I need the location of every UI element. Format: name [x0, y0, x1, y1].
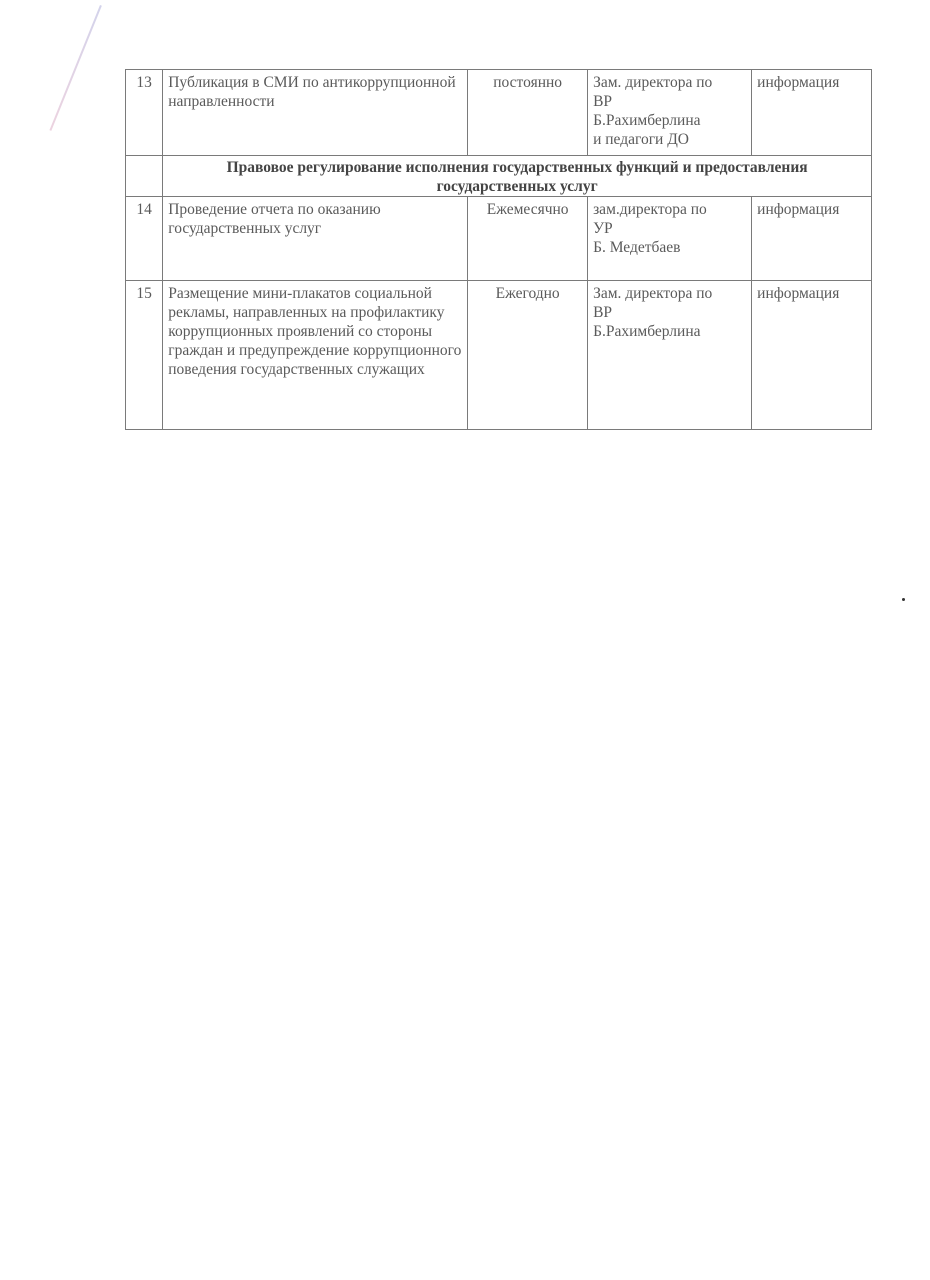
table-row: 14 Проведение отчета по оказанию государ…	[126, 197, 872, 281]
responsible-cell: Зам. директора по ВР Б.Рахимберлина и пе…	[588, 70, 752, 156]
responsible-line: зам.директора по	[593, 200, 746, 219]
responsible-line: ВР	[593, 92, 746, 111]
responsible-line: Зам. директора по	[593, 284, 746, 303]
term-cell: Ежегодно	[468, 281, 588, 430]
responsible-line: Б.Рахимберлина	[593, 322, 746, 341]
responsible-line: Зам. директора по	[593, 73, 746, 92]
row-number	[126, 156, 163, 197]
row-number: 14	[126, 197, 163, 281]
row-number: 13	[126, 70, 163, 156]
report-form-cell: информация	[752, 70, 872, 156]
table-row: 15 Размещение мини-плакатов социальной р…	[126, 281, 872, 430]
table-row: 13 Публикация в СМИ по антикоррупционной…	[126, 70, 872, 156]
report-form-cell: информация	[752, 281, 872, 430]
responsible-line: Б. Медетбаев	[593, 238, 746, 257]
section-title: Правовое регулирование исполнения госуда…	[163, 156, 872, 197]
responsible-line: ВР	[593, 303, 746, 322]
anticorruption-plan-table: 13 Публикация в СМИ по антикоррупционной…	[125, 69, 872, 430]
scan-artifact-line	[49, 5, 101, 131]
row-number: 15	[126, 281, 163, 430]
responsible-cell: Зам. директора по ВР Б.Рахимберлина	[588, 281, 752, 430]
responsible-line: УР	[593, 219, 746, 238]
scan-artifact-dot	[902, 598, 905, 601]
term-cell: Ежемесячно	[468, 197, 588, 281]
term-cell: постоянно	[468, 70, 588, 156]
section-header-row: Правовое регулирование исполнения госуда…	[126, 156, 872, 197]
activity-cell: Публикация в СМИ по антикоррупционной на…	[163, 70, 468, 156]
responsible-cell: зам.директора по УР Б. Медетбаев	[588, 197, 752, 281]
activity-cell: Проведение отчета по оказанию государств…	[163, 197, 468, 281]
activity-cell: Размещение мини-плакатов социальной рекл…	[163, 281, 468, 430]
responsible-line: Б.Рахимберлина	[593, 111, 746, 130]
report-form-cell: информация	[752, 197, 872, 281]
responsible-line: и педагоги ДО	[593, 130, 746, 149]
